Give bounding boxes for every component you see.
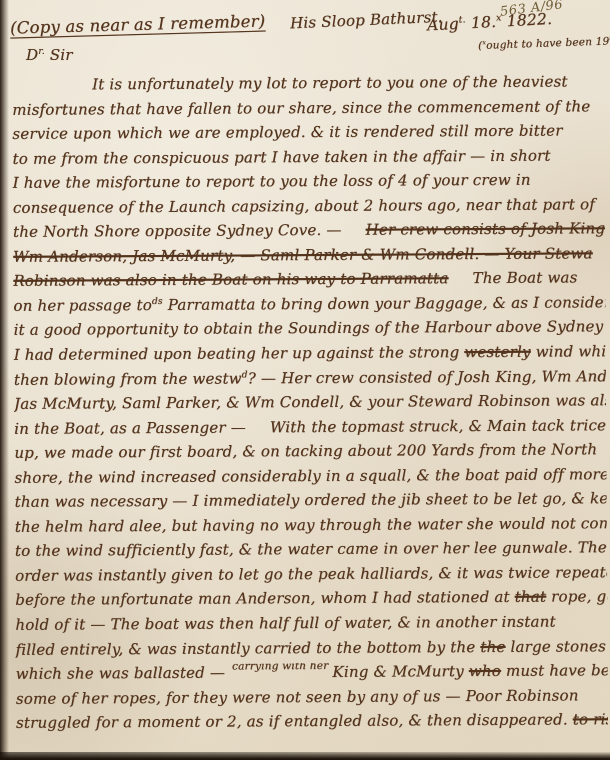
handwritten-text: ought to have been 19	[486, 35, 610, 51]
salutation: Dr. Sir	[26, 46, 73, 64]
letter-line: Wm Anderson, Jas McMurty, — Saml Parker …	[13, 244, 605, 272]
handwritten-text: rope, got	[546, 588, 607, 606]
letter-line: misfortunes that have fallen to our shar…	[12, 97, 604, 125]
letter-line: Robinson was also in the Boat on his way…	[13, 269, 605, 297]
letter-line: I have the misfortune to report to you t…	[13, 170, 605, 198]
handwritten-text: before the unfortunate man Anderson, who…	[15, 588, 515, 609]
letter-page: (Copy as near as I remember) His Sloop B…	[0, 0, 610, 760]
handwritten-text: in the Boat, as a Passenger —	[14, 418, 246, 437]
handwritten-text: King & McMurty	[332, 662, 468, 681]
letter-line: struggled for a moment or 2, as if entan…	[16, 710, 608, 738]
letter-line: hold of it — The boat was then half full…	[15, 612, 607, 640]
handwritten-text: ? — Her crew consisted of Josh King, Wm …	[248, 367, 606, 387]
letter-line: the North Shore opposite Sydney Cove. —H…	[13, 219, 605, 247]
date-correction-note: (xought to have been 19th)	[478, 35, 610, 52]
handwritten-text: struggled for a moment or 2, as if entan…	[16, 711, 573, 732]
handwritten-text: it a good opportunity to obtain the Soun…	[13, 318, 605, 340]
letter-line: which she was ballasted — carrying with …	[16, 661, 608, 689]
inserted-text: carrying with her	[232, 661, 328, 672]
handwritten-text: r.	[38, 47, 45, 57]
letter-line: Jas McMurty, Saml Parker, & Wm Condell, …	[14, 391, 606, 419]
handwritten-text: shore, the wind increased considerably i…	[14, 465, 606, 487]
struck-text: westerly	[464, 343, 530, 361]
letter-line: I had determined upon beating her up aga…	[14, 342, 606, 370]
struck-text: that	[515, 588, 547, 606]
handwritten-text: 18.	[465, 13, 496, 33]
handwritten-text: order was instantly given to let go the …	[15, 563, 607, 585]
letter-body: It is unfortunately my lot to report to …	[12, 72, 608, 738]
handwritten-text: consequence of the Launch capsizing, abo…	[13, 195, 595, 217]
letter-line: on her passage tods Parramatta to bring …	[13, 293, 605, 321]
letter-line: to the wind sufficiently fast, & the wat…	[15, 539, 607, 567]
letter-line: the helm hard alee, but having no way th…	[15, 514, 607, 542]
handwritten-text: then blowing from the westw	[14, 369, 242, 388]
handwritten-text: the North Shore opposite Sydney Cove. —	[13, 221, 342, 241]
handwritten-text: It is unfortunately my lot to report to …	[92, 72, 568, 93]
struck-text: Her crew consists of Josh King,	[366, 219, 605, 238]
letter-line: up, we made our first board, & on tackin…	[14, 440, 606, 468]
struck-text: to rise	[573, 710, 608, 728]
letter-line: some of her ropes, for they were not see…	[16, 686, 608, 714]
letter-line: in the Boat, as a Passenger —With the to…	[14, 416, 606, 444]
handwritten-text: than was necessary — I immediately order…	[15, 489, 607, 511]
handwritten-text: to me from the conspicuous part I have t…	[12, 146, 550, 167]
letter-line: shore, the wind increased considerably i…	[14, 465, 606, 493]
letter-line: It is unfortunately my lot to report to …	[12, 72, 604, 100]
handwritten-text: Parramatta to bring down your Baggage, &…	[163, 293, 606, 314]
handwritten-text: D	[26, 46, 38, 64]
handwritten-text: wind which was	[531, 342, 606, 360]
handwritten-text: His Sloop Bathurst.	[290, 8, 443, 33]
handwritten-text: large stones with	[505, 637, 607, 656]
copy-annotation: (Copy as near as I remember)	[10, 11, 266, 37]
letter-line: before the unfortunate man Anderson, who…	[15, 588, 607, 616]
struck-text: who	[469, 662, 501, 680]
letter-line: than was necessary — I immediately order…	[15, 489, 607, 517]
handwritten-text: some of her ropes, for they were not see…	[16, 686, 579, 707]
handwritten-text: must have been entangled in	[501, 661, 608, 680]
handwritten-text: filled entirely, & was instantly carried…	[15, 638, 480, 659]
handwritten-text: up, we made our first board, & on tackin…	[14, 440, 597, 462]
handwritten-text: Aug	[427, 15, 460, 35]
struck-text: the	[480, 637, 505, 655]
letter-line: service upon which we are employed. & it…	[12, 121, 604, 149]
handwritten-text: ds	[152, 297, 163, 307]
handwritten-text: Sir	[45, 46, 73, 64]
handwritten-text: With the topmast struck, & Main tack tri…	[270, 416, 606, 436]
handwritten-text: misfortunes that have fallen to our shar…	[12, 97, 590, 119]
letter-line: it a good opportunity to obtain the Soun…	[13, 318, 605, 346]
handwritten-text: hold of it — The boat was then half full…	[15, 613, 555, 634]
letter-line: consequence of the Launch capsizing, abo…	[13, 195, 605, 223]
handwritten-text: on her passage to	[13, 296, 152, 315]
handwritten-text: service upon which we are employed. & it…	[12, 122, 562, 143]
handwritten-text: to the wind sufficiently fast, & the wat…	[15, 539, 607, 561]
handwritten-text: The Boat was	[472, 269, 577, 288]
handwritten-text: I have the misfortune to report to you t…	[13, 171, 531, 192]
handwritten-text: I had determined upon beating her up aga…	[14, 343, 465, 364]
page-edge-shadow	[0, 0, 9, 760]
letterhead-place: His Sloop Bathurst.	[290, 8, 443, 33]
letter-line: order was instantly given to let go the …	[15, 563, 607, 591]
letter-line: then blowing from the westwd? — Her crew…	[14, 367, 606, 395]
struck-text: Robinson was also in the Boat on his way…	[13, 270, 448, 291]
letter-line: filled entirely, & was instantly carried…	[15, 637, 607, 665]
handwritten-text: (Copy as near as I remember)	[10, 11, 266, 37]
handwritten-text: Jas McMurty, Saml Parker, & Wm Condell, …	[14, 391, 606, 413]
letter-line: to me from the conspicuous part I have t…	[12, 146, 604, 174]
handwritten-text: the helm hard alee, but having no way th…	[15, 514, 607, 536]
page-bottom-shadow	[0, 752, 610, 760]
struck-text: Wm Anderson, Jas McMurty, — Saml Parker …	[13, 244, 593, 266]
handwritten-text: which she was ballasted —	[16, 664, 231, 683]
